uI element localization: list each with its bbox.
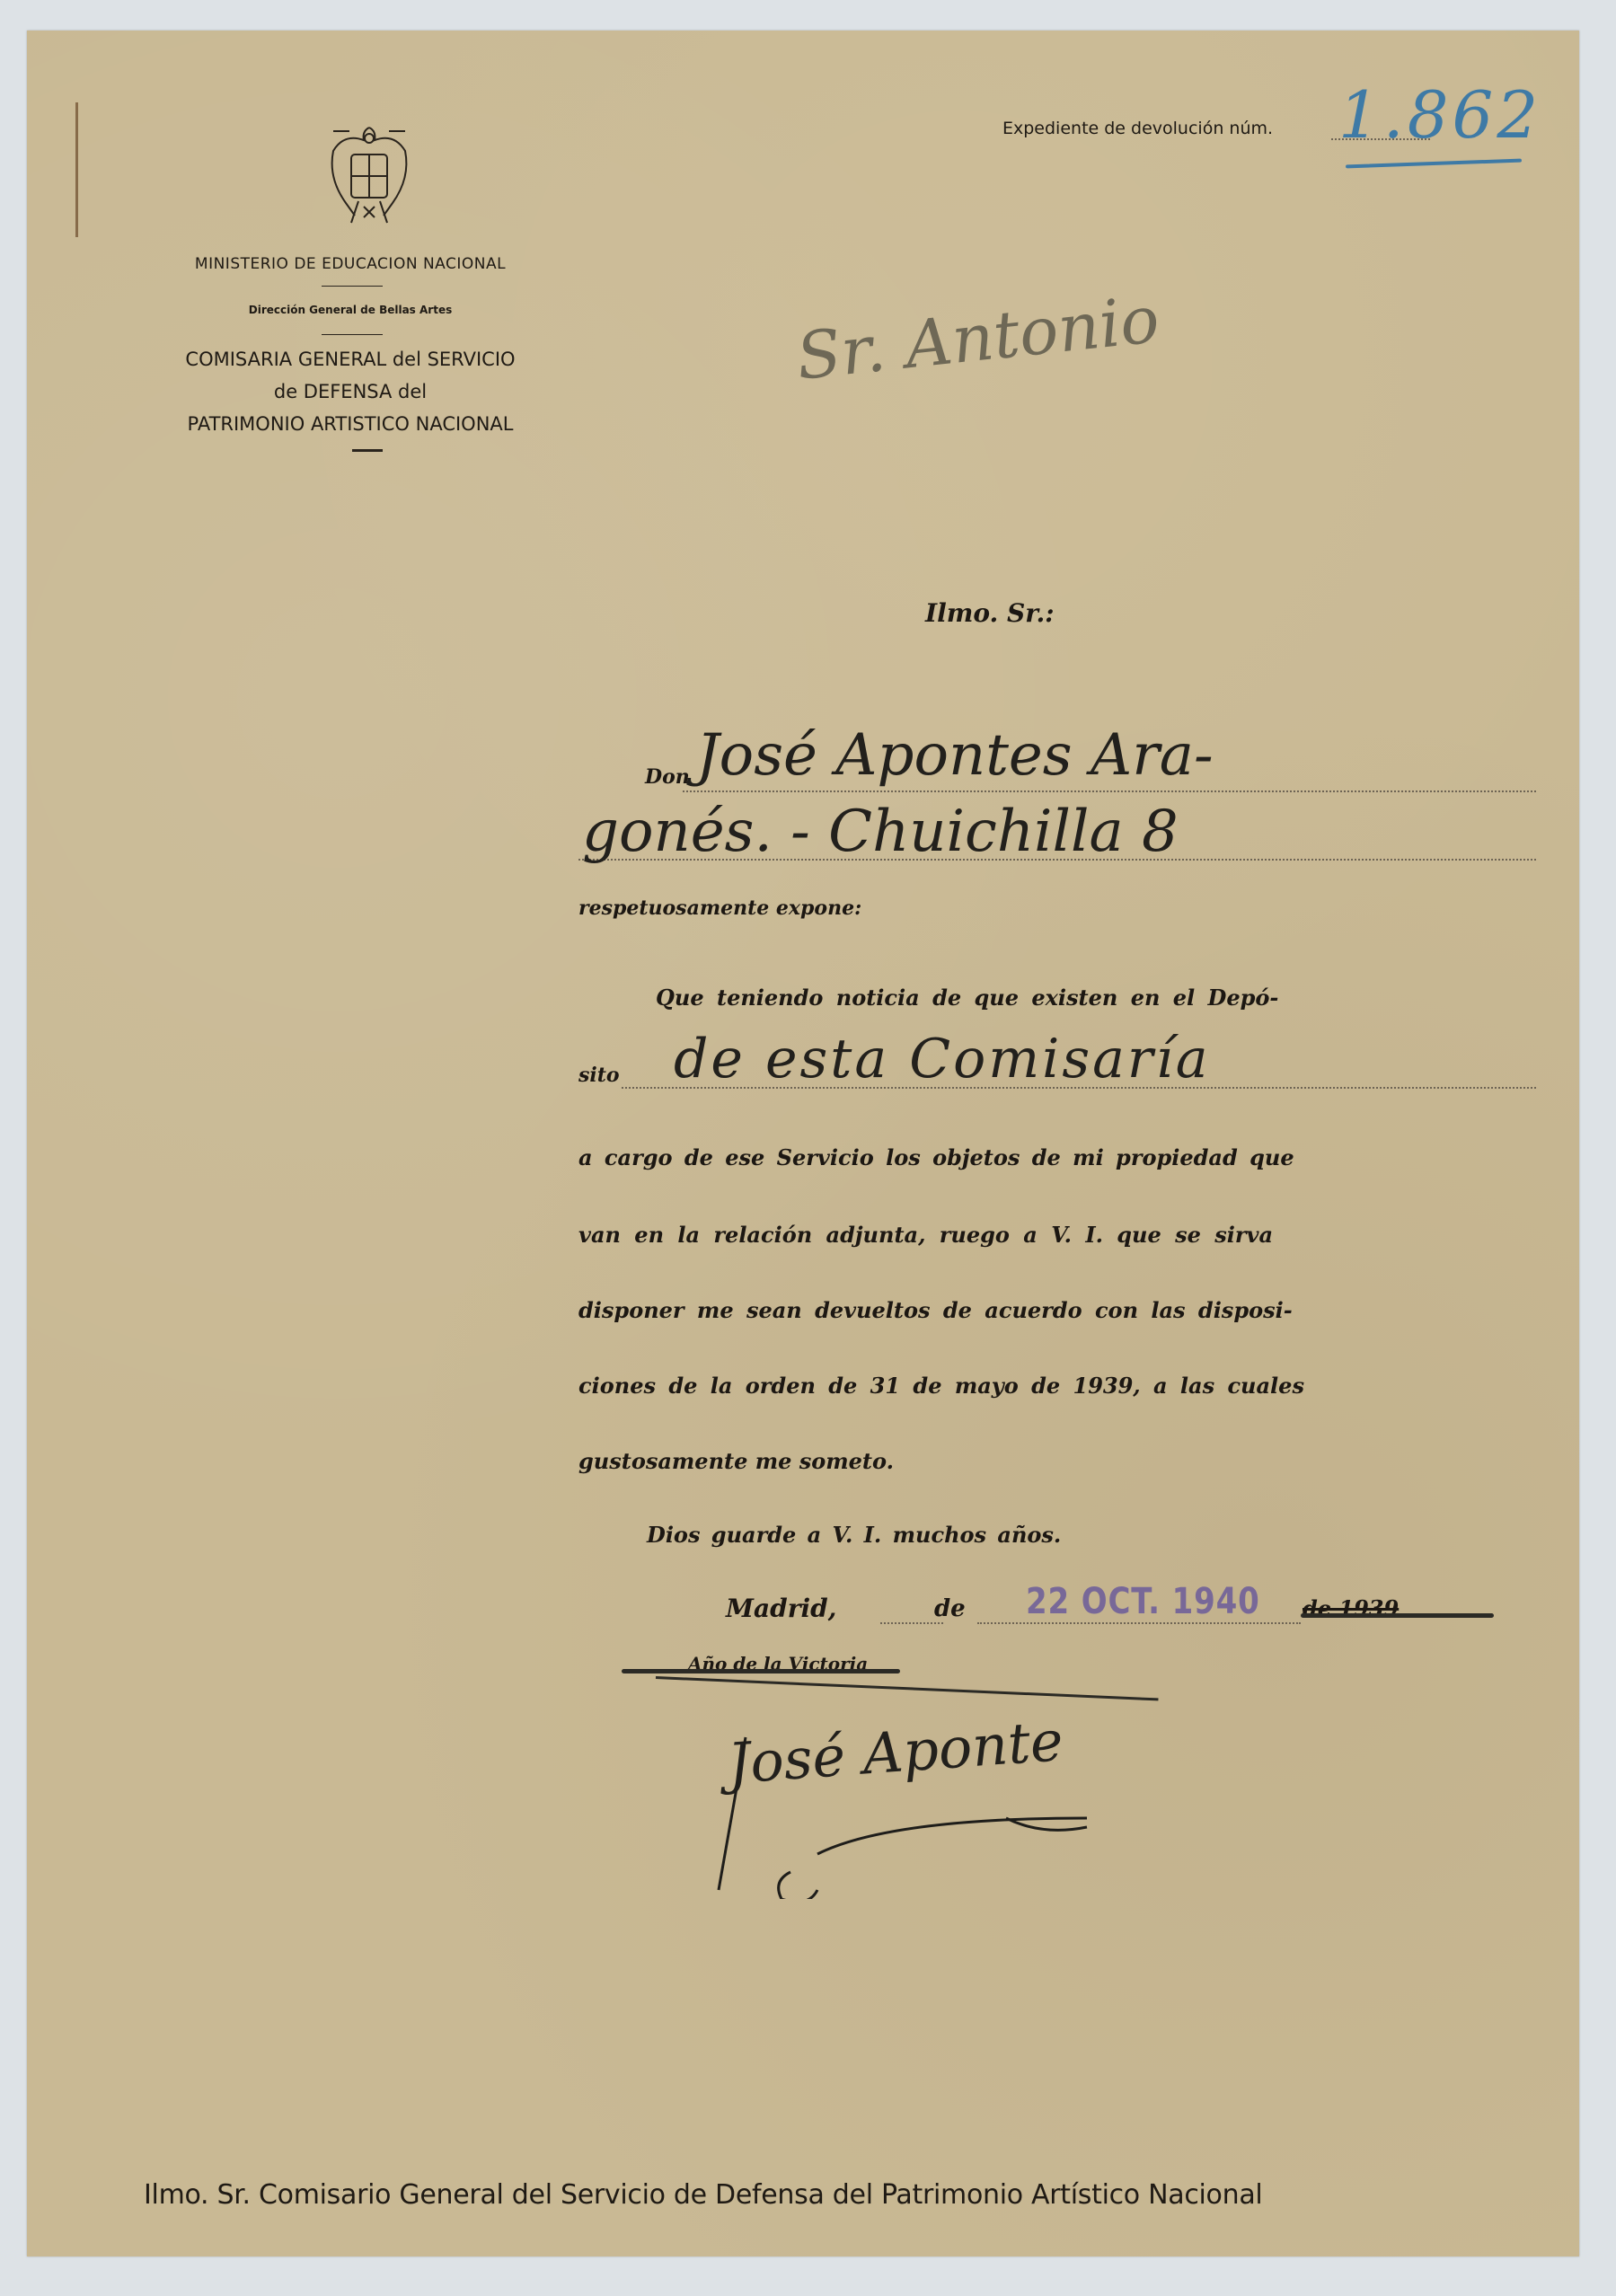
margin-note: Sr. Antonio (793, 281, 1163, 394)
ministry-name: MINISTERIO DE EDUCACION NACIONAL (162, 255, 539, 273)
applicant-dotted-line-1 (683, 790, 1536, 792)
body-line-4: van en la relación adjunta, ruego a V. I… (578, 1222, 1273, 1248)
expone-label: respetuosamente expone: (578, 896, 861, 920)
body-line-2-prefix: sito (578, 1064, 620, 1087)
coat-of-arms-icon (324, 119, 414, 231)
commission-line-2: de DEFENSA del (135, 381, 566, 402)
body-line-7: gustosamente me someto. (578, 1448, 894, 1474)
motto-strike-mark (622, 1669, 900, 1673)
file-number-value: 1.862 (1338, 77, 1541, 153)
commission-line-3: PATRIMONIO ARTISTICO NACIONAL (135, 413, 566, 435)
applicant-handwritten-line-2: gonés. - Chuichilla 8 (582, 799, 1179, 865)
divider (322, 334, 383, 335)
applicant-handwritten-line-1: José Apontes Ara- (696, 722, 1214, 789)
body-line-1: Que teniendo noticia de que existen en e… (656, 985, 1278, 1011)
date-dotted-line-1 (880, 1622, 943, 1624)
commission-line-1: COMISARIA GENERAL del SERVICIO (135, 349, 566, 370)
body-line-2-handwritten: de esta Comisaría (674, 1028, 1211, 1091)
year-strike-mark (1301, 1613, 1494, 1618)
divider (352, 449, 383, 452)
divider (322, 286, 383, 287)
direction-name: Dirección General de Bellas Artes (162, 304, 539, 316)
salutation: Ilmo. Sr.: (925, 598, 1055, 628)
closing: Dios guarde a V. I. muchos años. (647, 1522, 1061, 1548)
date-dotted-line-2 (977, 1622, 1301, 1624)
file-number-label: Expediente de devolución núm. (1002, 119, 1273, 138)
body-line-6: ciones de la orden de 31 de mayo de 1939… (578, 1373, 1304, 1399)
date-stamp: 22 OCT. 1940 (1026, 1581, 1260, 1622)
date-de: de (934, 1595, 966, 1622)
file-number-underline (1346, 159, 1522, 169)
motto-strike-tail (656, 1676, 1159, 1700)
staple-mark (75, 102, 85, 237)
body-line-5: disponer me sean devueltos de acuerdo co… (578, 1297, 1293, 1323)
body-line-3: a cargo de ese Servicio los objetos de m… (578, 1144, 1294, 1170)
don-label: Don (645, 765, 690, 789)
signature-flourish (710, 1719, 1105, 1899)
addressee-footer: Ilmo. Sr. Comisario General del Servicio… (144, 2179, 1262, 2211)
date-place: Madrid, (726, 1594, 836, 1623)
document-page: MINISTERIO DE EDUCACION NACIONAL Direcci… (27, 31, 1579, 2256)
